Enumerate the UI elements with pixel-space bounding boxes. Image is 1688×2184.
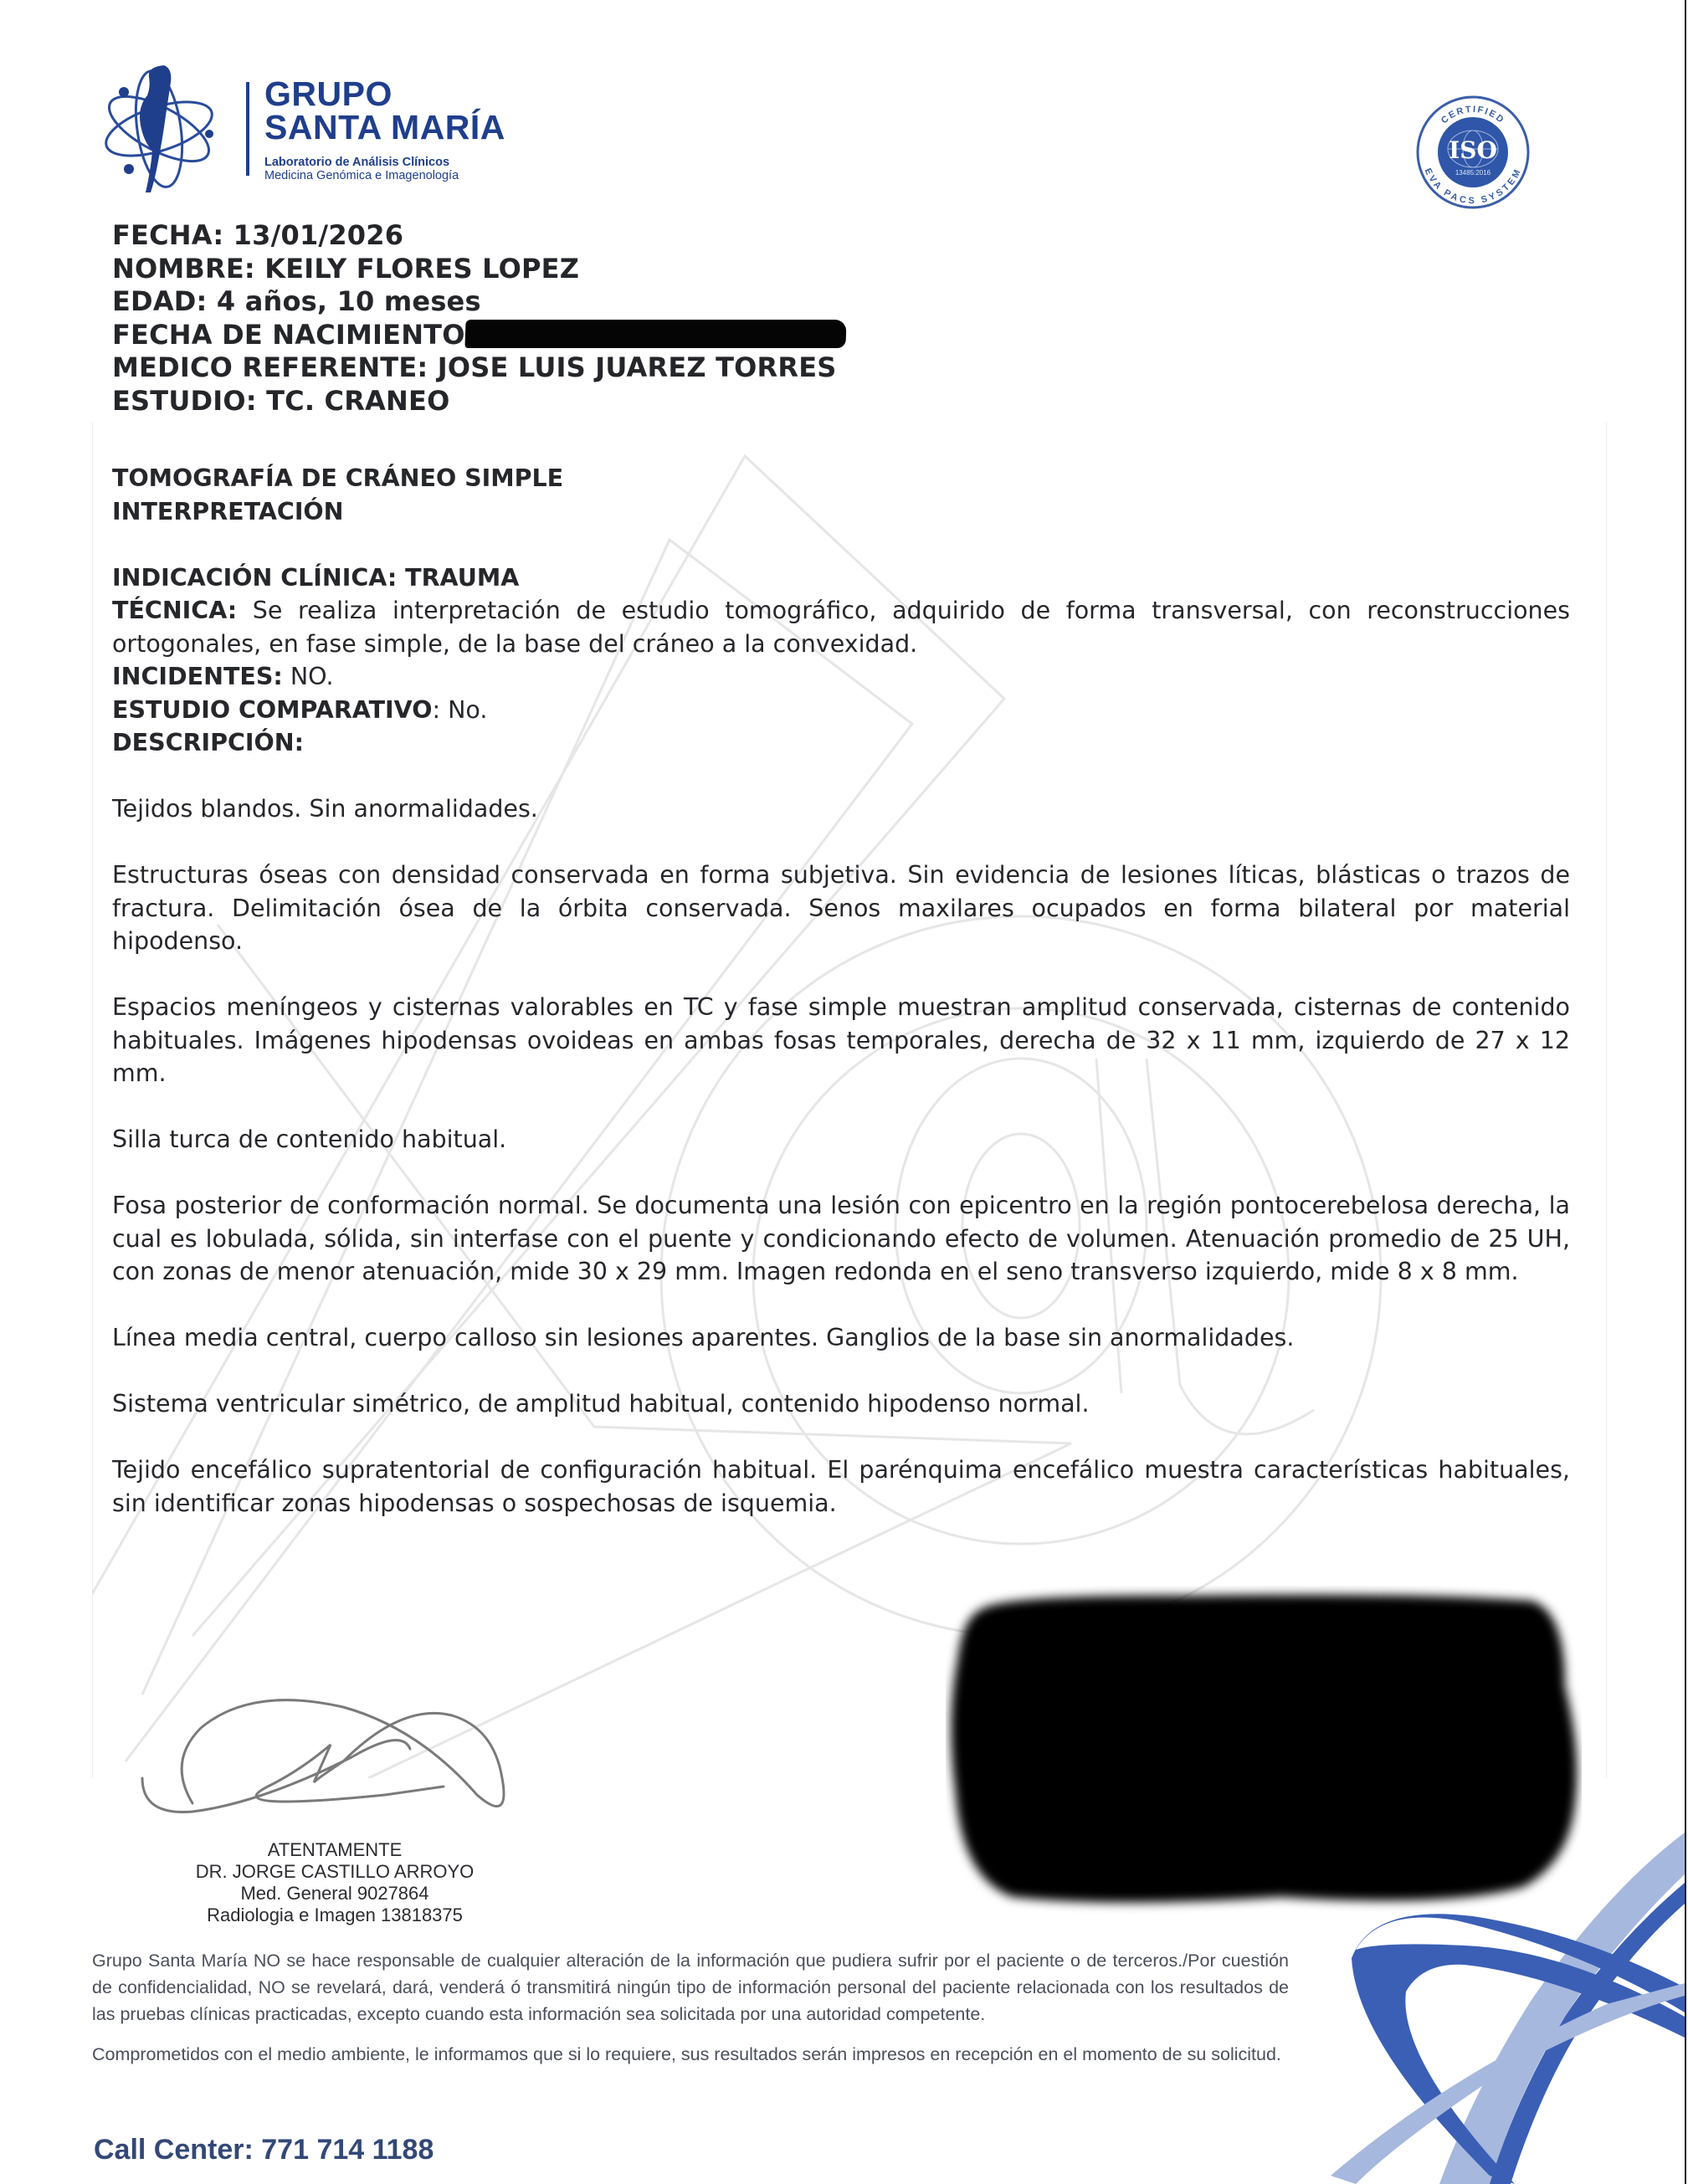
signing-doctor: DR. JORGE CASTILLO ARROYO <box>117 1861 552 1883</box>
patient-name: NOMBRE: KEILY FLORES LOPEZ <box>112 253 846 286</box>
call-center-phone: Call Center: 771 714 1188 <box>94 2134 434 2166</box>
brand-name-line2: SANTA MARÍA <box>264 110 505 144</box>
atom-figure-icon <box>99 60 224 194</box>
technique-label: TÉCNICA: <box>112 597 237 624</box>
description-label: DESCRIPCIÓN: <box>112 726 1570 760</box>
signature-block: ATENTAMENTE DR. JORGE CASTILLO ARROYO Me… <box>117 1839 552 1926</box>
signature-closing: ATENTAMENTE <box>117 1839 552 1861</box>
finding-paragraph: Espacios meníngeos y cisternas valorable… <box>112 991 1570 1090</box>
incidents-value: NO. <box>283 663 334 690</box>
technique: TÉCNICA: Se realiza interpretación de es… <box>112 594 1570 660</box>
incidents-label: INCIDENTES: <box>112 663 283 690</box>
logo-divider <box>246 82 249 176</box>
page-edge <box>1685 0 1686 2184</box>
finding-paragraph: Tejido encefálico supratentorial de conf… <box>112 1453 1570 1520</box>
patient-birthdate: FECHA DE NACIMIENTO <box>112 319 846 352</box>
report-date: FECHA: 13/01/2026 <box>112 219 846 253</box>
patient-age: EDAD: 4 años, 10 meses <box>112 285 846 319</box>
svg-text:13485:2016: 13485:2016 <box>1455 169 1491 177</box>
orbit-swoosh-decoration-icon <box>1331 1824 1685 2184</box>
finding-paragraph: Silla turca de contenido habitual. <box>112 1123 1570 1156</box>
finding-paragraph: Tejidos blandos. Sin anormalidades. <box>112 792 1570 826</box>
comparative-value: : No. <box>432 696 487 724</box>
incidents: INCIDENTES: NO. <box>112 660 1570 694</box>
study-type: ESTUDIO: TC. CRANEO <box>112 385 846 418</box>
finding-paragraph: Sistema ventricular simétrico, de amplit… <box>112 1387 1570 1421</box>
technique-text: Se realiza interpretación de estudio tom… <box>112 597 1570 658</box>
svg-text:ISO: ISO <box>1449 136 1497 164</box>
legal-notice: Grupo Santa María NO se hace responsable… <box>92 1947 1289 2081</box>
report-title: TOMOGRAFÍA DE CRÁNEO SIMPLE <box>112 462 1570 495</box>
iso-certification-badge-icon: ISO 13485:2016 CERTIFIED EVA PACS SYSTEM <box>1414 94 1532 211</box>
referring-physician: MEDICO REFERENTE: JOSE LUIS JUAREZ TORRE… <box>112 351 846 385</box>
comparative-study: ESTUDIO COMPARATIVO: No. <box>112 694 1570 727</box>
report-body: TOMOGRAFÍA DE CRÁNEO SIMPLE INTERPRETACI… <box>112 462 1570 1520</box>
license-general: Med. General 9027864 <box>117 1883 552 1905</box>
redaction-mark <box>464 320 846 348</box>
environment-notice: Comprometidos con el medio ambiente, le … <box>92 2041 1289 2068</box>
comparative-label: ESTUDIO COMPARATIVO <box>112 696 432 724</box>
brand-name-line1: GRUPO <box>264 77 505 110</box>
clinical-indication: INDICACIÓN CLÍNICA: TRAUMA <box>112 561 1570 595</box>
birthdate-label: FECHA DE NACIMIENTO <box>112 319 465 351</box>
finding-paragraph: Línea media central, cuerpo calloso sin … <box>112 1321 1570 1355</box>
brand-tagline-line2: Medicina Genómica e Imagenología <box>264 169 459 182</box>
finding-paragraph: Fosa posterior de conformación normal. S… <box>112 1189 1570 1289</box>
brand-tagline-line1: Laboratorio de Análisis Clínicos <box>264 156 459 169</box>
finding-paragraph: Estructuras óseas con densidad conservad… <box>112 859 1570 958</box>
patient-info: FECHA: 13/01/2026 NOMBRE: KEILY FLORES L… <box>112 219 846 418</box>
brand-logo: GRUPO SANTA MARÍA Laboratorio de Análisi… <box>99 60 534 194</box>
signature-scribble-icon <box>134 1678 536 1820</box>
license-radiology: Radiologia e Imagen 13818375 <box>117 1905 552 1926</box>
brand-tagline: Laboratorio de Análisis Clínicos Medicin… <box>264 156 459 182</box>
brand-name: GRUPO SANTA MARÍA <box>264 77 505 144</box>
confidentiality-disclaimer: Grupo Santa María NO se hace responsable… <box>92 1947 1289 2028</box>
report-subtitle: INTERPRETACIÓN <box>112 495 1570 529</box>
